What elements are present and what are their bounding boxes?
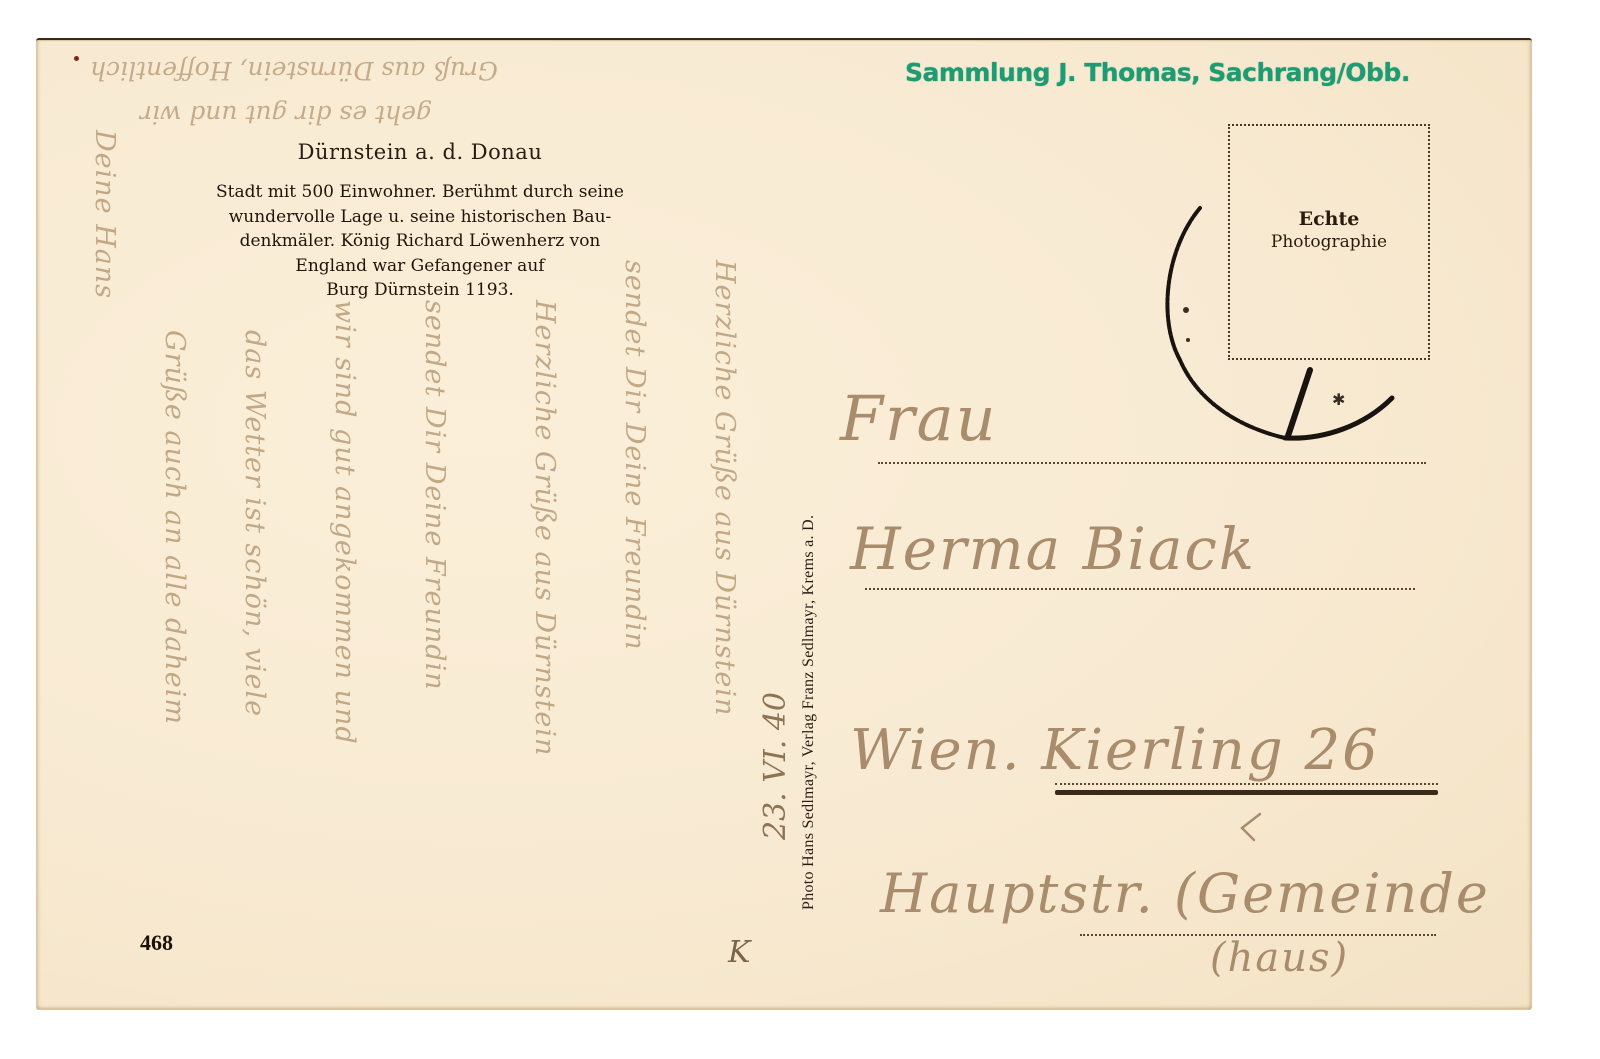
- address-name: Herma Biack: [850, 515, 1256, 583]
- card-number: 468: [140, 930, 173, 956]
- handwritten-message-line: sendet Dir Deine Freundin: [419, 300, 450, 691]
- stamp-box-line2: Photographie: [1230, 232, 1428, 252]
- insertion-caret-icon: [1238, 812, 1264, 842]
- caption-title: Dürnstein a. d. Donau: [130, 140, 710, 164]
- svg-text:✱: ✱: [1332, 390, 1345, 409]
- address-line-1: [878, 462, 1426, 464]
- handwritten-message-top-line: Gruß aus Dürnstein, Hoffentlich: [90, 56, 498, 85]
- stamp-box-line1: Echte: [1230, 208, 1428, 230]
- collection-stamp: Sammlung J. Thomas, Sachrang/Obb.: [905, 58, 1410, 87]
- address-line-2: [865, 588, 1415, 590]
- handwritten-message-line: Herzliche Grüße aus Dürnstein: [709, 260, 740, 716]
- handwritten-message-line: Herzliche Grüße aus Dürnstein: [529, 300, 560, 756]
- publisher-line: Photo Hans Sedlmayr, Verlag Franz Sedlma…: [800, 515, 818, 910]
- stamp-box: Echte Photographie: [1228, 124, 1430, 360]
- caption-body: Stadt mit 500 Einwohner. Berühmt durch s…: [130, 180, 710, 303]
- address-line-3: [1055, 783, 1438, 785]
- caption-line: wundervolle Lage u. seine historischen B…: [130, 205, 710, 230]
- handwritten-date: 23. VI. 40: [758, 692, 793, 840]
- address-street-cont-text: haus): [1228, 935, 1350, 981]
- caption-line: Stadt mit 500 Einwohner. Berühmt durch s…: [130, 180, 710, 205]
- handwritten-message-line: sendet Dir Deine Freundin: [619, 260, 650, 651]
- handwritten-initial: K: [728, 935, 750, 970]
- caption-line: Burg Dürnstein 1193.: [130, 278, 710, 303]
- caption-line: denkmäler. König Richard Löwenherz von: [130, 229, 710, 254]
- address-street-line-cont: (haus): [1210, 935, 1349, 981]
- address-salutation: Frau: [840, 382, 998, 455]
- caption-line: England war Gefangener auf: [130, 254, 710, 279]
- address-street-line: Hauptstr. (Gemeinde: [880, 862, 1490, 925]
- ink-spot: [74, 56, 79, 61]
- address-city-line: Wien. Kierling 26: [850, 718, 1380, 783]
- handwritten-message-line: Deine Hans: [89, 130, 120, 299]
- handwritten-message-line: Grüße auch an alle daheim: [159, 330, 190, 725]
- address-underline-heavy: [1055, 790, 1438, 795]
- handwritten-message-line: wir sind gut angekommen und: [329, 300, 360, 745]
- handwritten-message-line: das Wetter ist schön, viele: [239, 330, 270, 717]
- handwritten-message-top-line: geht es dir gut und wir: [140, 100, 432, 129]
